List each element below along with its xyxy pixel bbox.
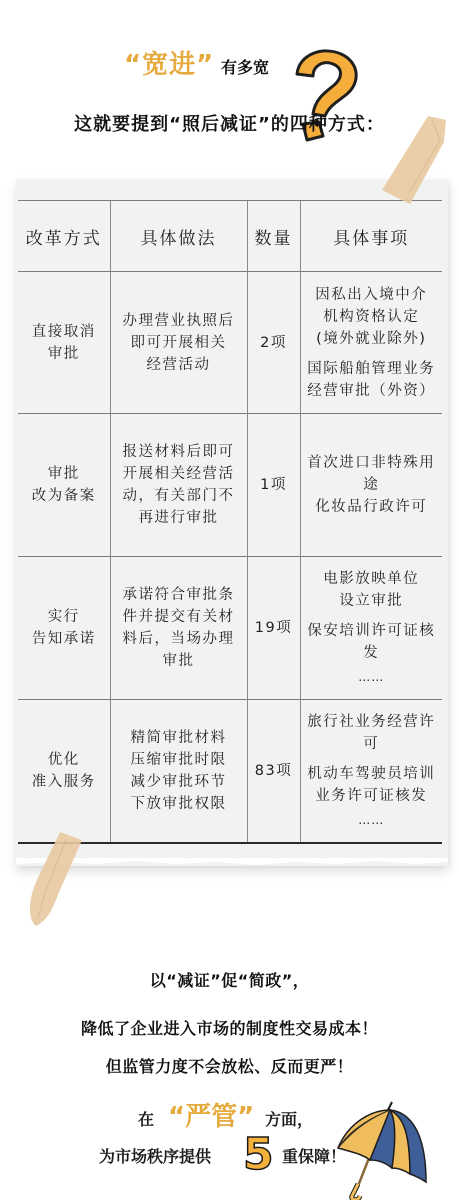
items-cell: 旅行社业务经营许可 机动车驾驶员培训 业务许可证核发 ……: [300, 700, 442, 844]
count-cell: 19项: [247, 557, 300, 700]
method-cell: 实行 告知承诺: [18, 557, 110, 700]
more-ellipsis: ……: [301, 666, 443, 688]
footer-line-2: 降低了企业进入市场的制度性交易成本！: [0, 1016, 459, 1039]
method-cell: 直接取消 审批: [18, 272, 110, 414]
items-cell: 电影放映单位 设立审批 保安培训许可证核发 ……: [300, 557, 442, 700]
title: “宽进” 有多宽: [0, 44, 459, 84]
guarantee-number: 5: [243, 1132, 274, 1178]
items-cell: 首次进口非特殊用途 化妆品行政许可: [300, 414, 442, 557]
strict-suffix: 方面，: [265, 1107, 313, 1130]
title-rest: 有多宽: [221, 55, 269, 78]
detail-item: 电影放映单位 设立审批: [301, 568, 443, 612]
detail-item: 因私出入境中介 机构资格认定 (境外就业除外): [301, 284, 443, 350]
tape-bottom-left-icon: [22, 830, 84, 930]
table-row: 实行 告知承诺 承诺符合审批条 件并提交有关材 料后，当场办理 审批 19项 电…: [18, 557, 442, 700]
footer-line-1: 以“减证”促“简政”，: [0, 968, 459, 991]
items-cell: 因私出入境中介 机构资格认定 (境外就业除外) 国际船舶管理业务 经营审批（外资…: [300, 272, 442, 414]
strict-highlight: “严管”: [168, 1096, 254, 1133]
count-cell: 83项: [247, 700, 300, 844]
guarantee-prefix: 为市场秩序提供: [99, 1144, 211, 1167]
practice-cell: 精简审批材料 压缩审批时限 减少审批环节 下放审批权限: [110, 700, 247, 844]
column-header-items: 具体事项: [300, 201, 442, 272]
count-cell: 1项: [247, 414, 300, 557]
reform-table: 改革方式 具体做法 数量 具体事项 直接取消 审批 办理营业执照后 即可开展相关…: [18, 200, 442, 844]
strict-prefix: 在: [138, 1107, 154, 1130]
practice-cell: 办理营业执照后 即可开展相关 经营活动: [110, 272, 247, 414]
title-highlight: “宽进”: [124, 44, 214, 81]
table-row: 审批 改为备案 报送材料后即可 开展相关经营活 动，有关部门不 再进行审批 1项…: [18, 414, 442, 557]
practice-cell: 承诺符合审批条 件并提交有关材 料后，当场办理 审批: [110, 557, 247, 700]
column-header-practice: 具体做法: [110, 201, 247, 272]
footer-line-3: 但监管力度不会放松、反而更严！: [0, 1054, 459, 1077]
more-ellipsis: ……: [301, 809, 443, 831]
practice-cell: 报送材料后即可 开展相关经营活 动，有关部门不 再进行审批: [110, 414, 247, 557]
table-row: 优化 准入服务 精简审批材料 压缩审批时限 减少审批环节 下放审批权限 83项 …: [18, 700, 442, 844]
detail-item: 旅行社业务经营许可: [301, 711, 443, 755]
column-header-method: 改革方式: [18, 201, 110, 272]
detail-item: 机动车驾驶员培训 业务许可证核发: [301, 763, 443, 807]
umbrella-icon: [330, 1090, 430, 1200]
count-cell: 2项: [247, 272, 300, 414]
detail-item: 保安培训许可证核发: [301, 620, 443, 664]
detail-item: 国际船舶管理业务 经营审批（外资）: [301, 358, 443, 402]
detail-item: 首次进口非特殊用途 化妆品行政许可: [301, 452, 443, 518]
method-cell: 优化 准入服务: [18, 700, 110, 844]
table-header-row: 改革方式 具体做法 数量 具体事项: [18, 201, 442, 272]
method-cell: 审批 改为备案: [18, 414, 110, 557]
table-row: 直接取消 审批 办理营业执照后 即可开展相关 经营活动 2项 因私出入境中介 机…: [18, 272, 442, 414]
column-header-count: 数量: [247, 201, 300, 272]
tape-top-right-icon: [370, 112, 450, 207]
